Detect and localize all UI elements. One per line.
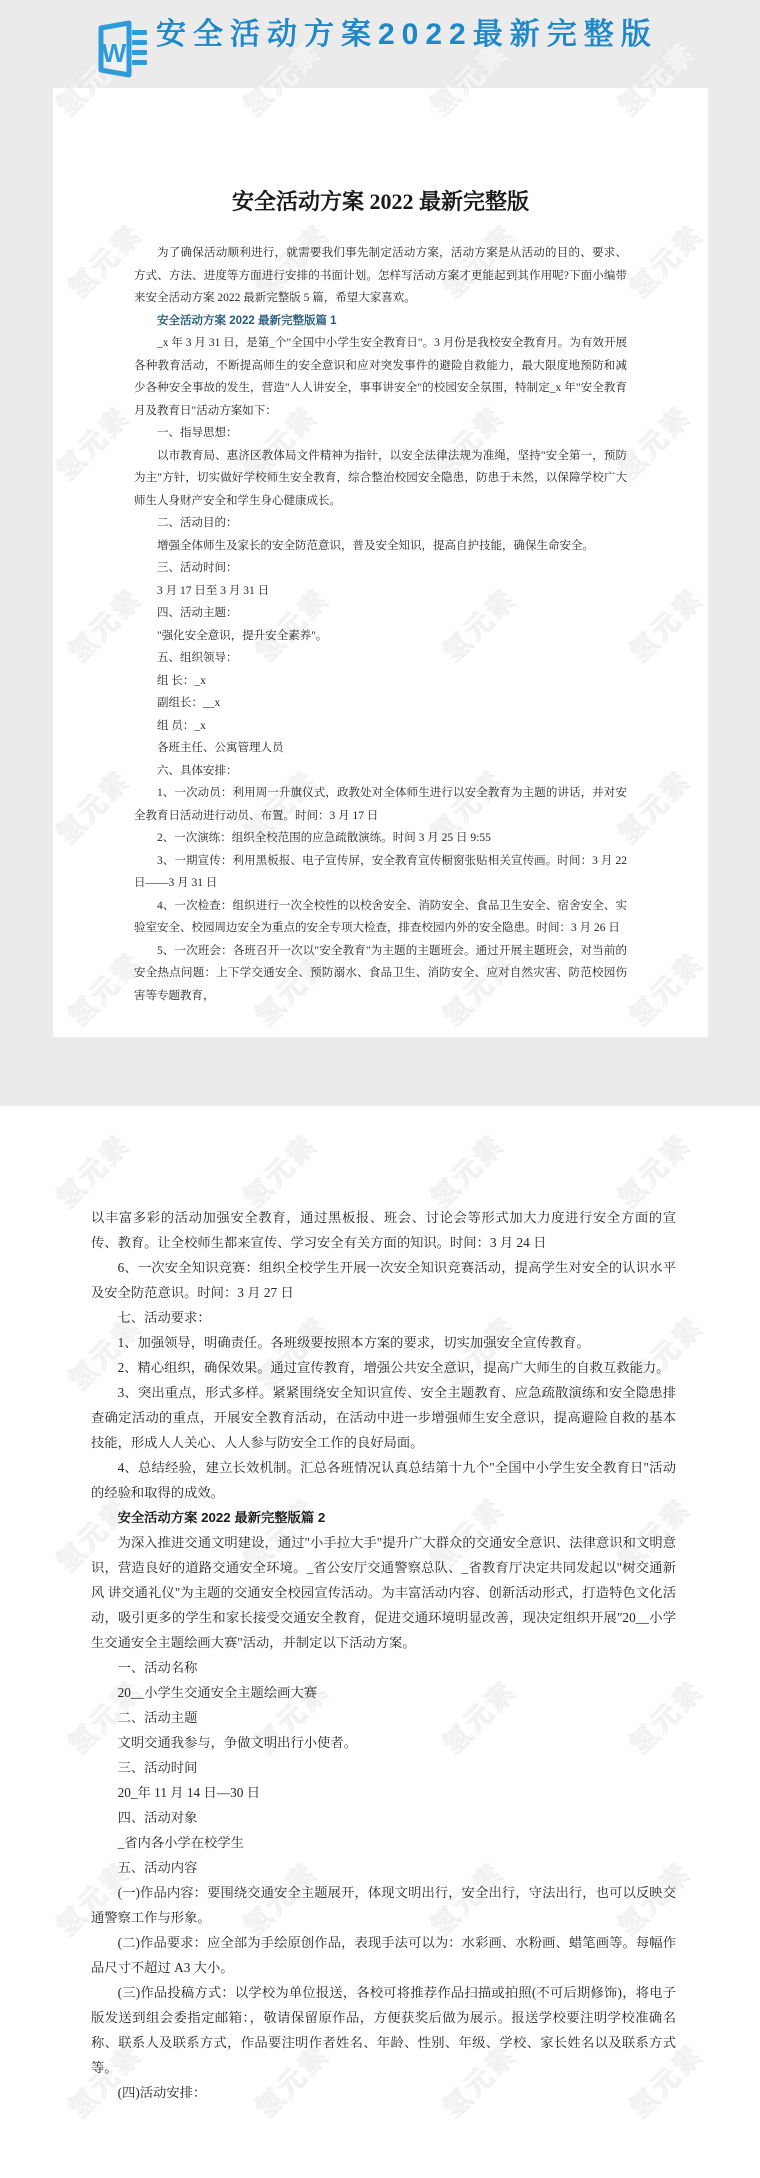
- watermark-text: 氢元素: [421, 1124, 512, 1215]
- paragraph: 4、总结经验，建立长效机制。汇总各班情况认真总结第十九个"全国中小学生安全教育日…: [91, 1455, 676, 1505]
- paragraph: (三)作品投稿方式：以学校为单位报送，各校可将推荐作品扫描或拍照(不可后期修饰)…: [91, 1980, 676, 2080]
- paragraph: 二、活动目的：: [134, 512, 627, 535]
- paragraph: 副组长：__x: [134, 692, 627, 715]
- paragraph: 四、活动对象: [91, 1805, 676, 1830]
- section-heading: 安全活动方案 2022 最新完整版篇 2: [91, 1505, 676, 1530]
- paragraph: 五、活动内容: [91, 1855, 676, 1880]
- paragraph: 1、一次动员：利用周一升旗仪式，政教处对全体师生进行以安全教育为主题的讲话，并对…: [134, 782, 627, 827]
- paragraph: 七、活动要求：: [91, 1305, 676, 1330]
- paragraph: "强化安全意识，提升安全素养"。: [134, 625, 627, 648]
- document-page-2: 以丰富多彩的活动加强安全教育，通过黑板报、班会、讨论会等形式加大力度进行安全方面…: [91, 1205, 676, 2105]
- document-page-1: 安全活动方案 2022 最新完整版 为了确保活动顺利进行，就需要我们事先制定活动…: [53, 88, 708, 1037]
- paragraph: 一、指导思想：: [134, 422, 627, 445]
- paragraph: 三、活动时间: [91, 1755, 676, 1780]
- page-title: 安全活动方案2022最新完整版: [156, 18, 661, 52]
- document-title: 安全活动方案 2022 最新完整版: [134, 185, 627, 216]
- paragraph: 四、活动主题：: [134, 602, 627, 625]
- paragraph: 增强全体师生及家长的安全防范意识，普及安全知识，提高自护技能，确保生命安全。: [134, 535, 627, 558]
- paragraph: _x 年 3 月 31 日，是第_个"全国中小学生安全教育日"。3 月份是我校安…: [134, 332, 627, 422]
- word-icon-letter: W: [102, 38, 127, 68]
- paragraph: 组 长：_x: [134, 670, 627, 693]
- paragraph: 一、活动名称: [91, 1655, 676, 1680]
- section-heading: 安全活动方案 2022 最新完整版篇 1: [134, 310, 627, 333]
- paragraph: 以市教育局、惠济区教体局文件精神为指针，以安全法律法规为准绳，坚持"安全第一，预…: [134, 445, 627, 513]
- paragraph: 4、一次检查：组织进行一次全校性的以校舍安全、消防安全、食品卫生安全、宿舍安全、…: [134, 895, 627, 940]
- watermark-text: 氢元素: [608, 1124, 699, 1215]
- paragraph: 20__小学生交通安全主题绘画大赛: [91, 1680, 676, 1705]
- paragraph: 各班主任、公寓管理人员: [134, 737, 627, 760]
- paragraph: 文明交通我参与，争做文明出行小使者。: [91, 1730, 676, 1755]
- paragraph: (一)作品内容：要围绕交通安全主题展开，体现文明出行，安全出行，守法出行，也可以…: [91, 1880, 676, 1930]
- paragraph: 20_年 11 月 14 日—30 日: [91, 1780, 676, 1805]
- paragraph: 3、突出重点，形式多样。紧紧围绕安全知识宣传、安全主题教育、应急疏散演练和安全隐…: [91, 1380, 676, 1455]
- paragraph: 1、加强领导，明确责任。各班级要按照本方案的要求，切实加强安全宣传教育。: [91, 1330, 676, 1355]
- paragraph: 三、活动时间：: [134, 557, 627, 580]
- page-1-paragraphs: 为了确保活动顺利进行，就需要我们事先制定活动方案，活动方案是从活动的目的、要求、…: [134, 242, 627, 1007]
- paragraph: (二)作品要求：应全部为手绘原创作品，表现手法可以为：水彩画、水粉画、蜡笔画等。…: [91, 1930, 676, 1980]
- paragraph: 二、活动主题: [91, 1705, 676, 1730]
- paragraph: 为了确保活动顺利进行，就需要我们事先制定活动方案，活动方案是从活动的目的、要求、…: [134, 242, 627, 310]
- paragraph: 3、一期宣传：利用黑板报、电子宣传屏，安全教育宣传橱窗张贴相关宣传画。时间：3 …: [134, 850, 627, 895]
- word-document-icon: W: [92, 18, 150, 80]
- paragraph: 以丰富多彩的活动加强安全教育，通过黑板报、班会、讨论会等形式加大力度进行安全方面…: [91, 1205, 676, 1255]
- paragraph: 六、具体安排：: [134, 760, 627, 783]
- paragraph: 2、一次演练：组织全校范围的应急疏散演练。时间 3 月 25 日 9:55: [134, 827, 627, 850]
- paragraph: _省内各小学在校学生: [91, 1830, 676, 1855]
- paragraph: 为深入推进交通文明建设，通过"小手拉大手"提升广大群众的交通安全意识、法律意识和…: [91, 1530, 676, 1655]
- paragraph: 组 员：_x: [134, 715, 627, 738]
- watermark-text: 氢元素: [234, 1124, 325, 1215]
- paragraph: 6、一次安全知识竞赛：组织全校学生开展一次安全知识竞赛活动，提高学生对安全的认识…: [91, 1255, 676, 1305]
- paragraph: 5、一次班会：各班召开一次以"安全教育"为主题的主题班会。通过开展主题班会，对当…: [134, 940, 627, 1008]
- paragraph: (四)活动安排：: [91, 2080, 676, 2105]
- watermark-text: 氢元素: [47, 1124, 138, 1215]
- paragraph: 3 月 17 日至 3 月 31 日: [134, 580, 627, 603]
- paragraph: 五、组织领导：: [134, 647, 627, 670]
- paragraph: 2、精心组织，确保效果。通过宣传教育，增强公共安全意识，提高广大师生的自救互救能…: [91, 1355, 676, 1380]
